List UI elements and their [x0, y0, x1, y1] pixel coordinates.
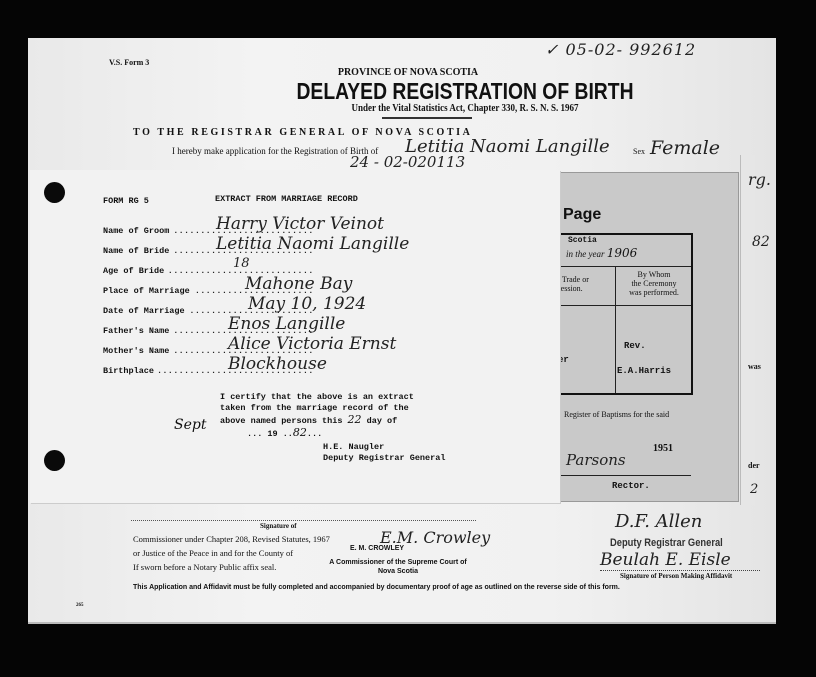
field-value: Letitia Naomi Langille — [216, 234, 409, 254]
trade-header: , Trade or fession. — [558, 275, 589, 293]
commission-text: Commissioner under Chapter 208, Revised … — [133, 532, 330, 574]
edge-fragment: was — [748, 362, 761, 371]
commission-line-2: or Justice of the Peace in and for the C… — [133, 546, 330, 560]
deputy-registrar-stamp: Deputy Registrar General — [610, 537, 723, 549]
registration-number: 24 - 02-020113 — [350, 153, 465, 171]
field-value: May 10, 1924 — [248, 294, 366, 314]
field-label: Birthplace — [103, 366, 158, 376]
field-value: Harry Victor Veinot — [216, 214, 384, 234]
affiant-signature: Beulah E. Eisle — [600, 550, 731, 570]
field-value: Mahone Bay — [245, 274, 352, 294]
edge-fragment: rg. — [748, 170, 771, 189]
field-label: Age of Bride — [103, 266, 168, 276]
cert-line-2: taken from the marriage record of the — [220, 403, 414, 414]
rector-title: Rector. — [612, 481, 650, 491]
field-label: Date of Marriage — [103, 306, 189, 316]
commission-line-1: Commissioner under Chapter 208, Revised … — [133, 532, 330, 546]
edge-fragment: 82 — [752, 234, 770, 250]
baptism-scotia: Scotia — [568, 236, 597, 245]
cert-month: Sept — [174, 417, 206, 433]
title-rule — [382, 117, 472, 119]
application-text: I hereby make application for the Regist… — [172, 146, 378, 156]
marriage-extract-card: FORM RG 5 EXTRACT FROM MARRIAGE RECORD .… — [30, 170, 560, 503]
document-title: DELAYED REGISTRATION OF BIRTH — [74, 78, 816, 105]
signature-line — [559, 475, 691, 476]
serial-number: ✓ 05-02- 992612 — [545, 40, 696, 59]
field-value: Alice Victoria Ernst — [228, 334, 396, 354]
officiant-header: By Whom the Ceremony was performed. — [618, 270, 690, 297]
field-label: Name of Bride — [103, 246, 173, 256]
cert-year: 82 — [293, 426, 307, 439]
deputy-signature: D.F. Allen — [615, 511, 702, 532]
baptism-certificate: Page Scotia in the year 1906 , Trade or … — [555, 172, 739, 502]
page-code: 265 — [76, 603, 84, 608]
field-label: Place of Marriage — [103, 286, 194, 296]
edge-fragment: der — [748, 461, 760, 470]
certification-statement: I certify that the above is an extract t… — [220, 392, 414, 440]
edge-fragment: 2 — [750, 482, 758, 497]
extract-signer: H.E. Naugler Deputy Registrar General — [323, 442, 445, 464]
sex-value: Female — [650, 137, 720, 159]
signature-of-label: Signature of — [260, 522, 297, 530]
officiant-rev: Rev. — [624, 341, 646, 351]
field-bride: ....................................... … — [103, 240, 443, 258]
affiant-label: Signature of Person Making Affidavit — [620, 572, 732, 580]
field-value: Blockhouse — [228, 354, 327, 374]
punch-hole — [44, 182, 65, 203]
signer-name: H.E. Naugler — [323, 442, 445, 453]
cert-line-4: ... 19 ..82... — [220, 427, 414, 440]
year-value: 1906 — [607, 246, 638, 260]
signer-title: Deputy Registrar General — [323, 453, 445, 464]
rector-signature: Parsons — [566, 451, 626, 469]
punch-hole — [44, 450, 65, 471]
cert-year-suffix: ... — [307, 429, 322, 439]
field-label: Mother's Name — [103, 346, 173, 356]
cert-line-3: above named persons this 22 day of — [220, 414, 414, 427]
document-subtitle: Under the Vital Statistics Act, Chapter … — [47, 103, 816, 114]
baptism-page-label: Page — [563, 206, 601, 224]
baptism-year: in the year 1906 — [566, 246, 637, 260]
officiant-name: E.A.Harris — [617, 366, 671, 376]
affiant-signature-line — [600, 570, 760, 571]
signature-dotted-line — [131, 520, 476, 521]
cert-year-prefix: ... 19 .. — [247, 429, 293, 439]
column-divider — [615, 266, 616, 393]
commissioner-name-stamp: E. M. CROWLEY — [350, 545, 404, 552]
field-label: Name of Groom — [103, 226, 173, 236]
cert-day: 22 — [348, 413, 362, 426]
baptism-header-row: Scotia in the year 1906 — [556, 235, 691, 267]
cert-line-1: I certify that the above is an extract — [220, 392, 414, 403]
cert-line-3a: above named persons this — [220, 416, 342, 426]
year-label: in the year — [566, 249, 605, 259]
commissioner-title-stamp: A Commissioner of the Supreme Court of N… — [328, 558, 468, 576]
form-id: V.S. Form 3 — [109, 58, 149, 67]
baptism-table: Scotia in the year 1906 , Trade or fessi… — [556, 233, 693, 395]
cert-line-3b: day of — [367, 416, 398, 426]
footer-note: This Application and Affidavit must be f… — [133, 584, 620, 591]
province-heading: PROVINCE OF NOVA SCOTIA — [0, 67, 816, 78]
header-rule — [556, 305, 691, 306]
underlying-page-edge — [740, 155, 755, 505]
sex-label: Sex — [633, 147, 645, 156]
certificate-year: 1951 — [653, 443, 673, 454]
register-text: Register of Baptisms for the said — [564, 410, 669, 419]
field-value: 18 — [233, 256, 250, 271]
commission-line-3: If sworn before a Notary Public affix se… — [133, 560, 330, 574]
extract-title: EXTRACT FROM MARRIAGE RECORD — [215, 194, 358, 204]
extract-form-id: FORM RG 5 — [103, 196, 149, 206]
field-label: Father's Name — [103, 326, 173, 336]
field-birthplace: ....................................... … — [103, 360, 443, 378]
field-value: Enos Langille — [228, 314, 345, 334]
